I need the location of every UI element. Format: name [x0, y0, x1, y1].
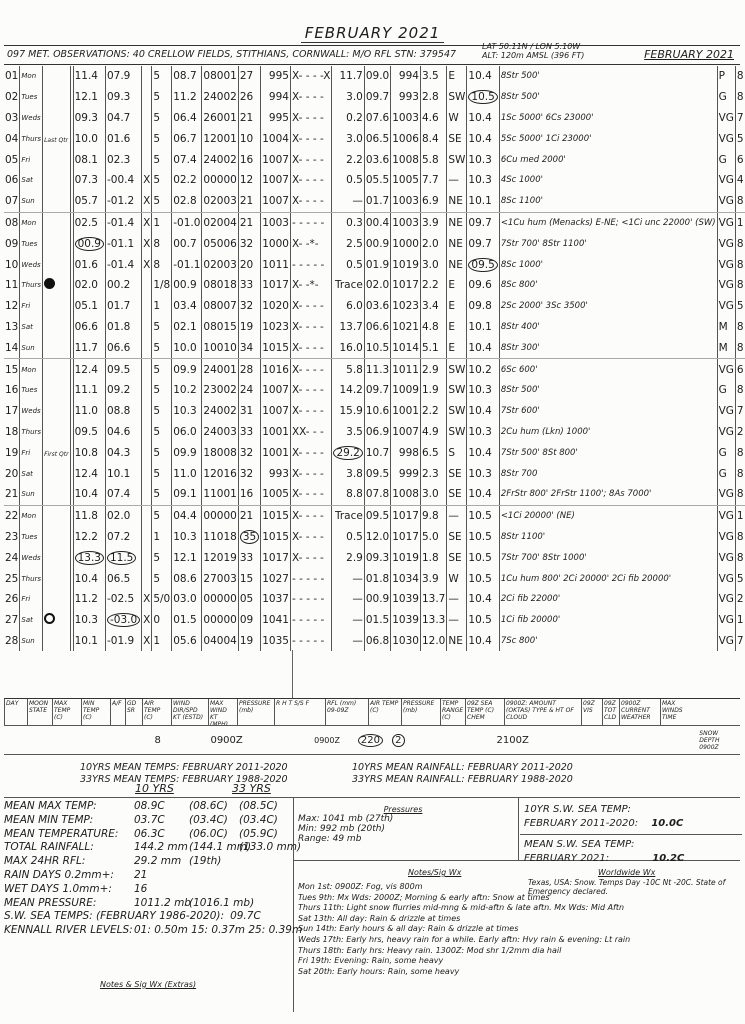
cell-min: 11.5: [105, 547, 141, 568]
cell-vis: M: [717, 337, 735, 358]
cell-wind: 02004: [202, 212, 238, 233]
cell-max: 11.7: [73, 337, 105, 358]
cell-wx: X- - - -: [290, 442, 332, 463]
cell-dir: —: [447, 505, 467, 526]
cell-p2: 1006: [391, 128, 421, 149]
cell-pres: 1003: [261, 212, 291, 233]
cell-max: 11.0: [73, 401, 105, 422]
cell-gs: 5: [152, 87, 172, 108]
cell-wind: 08015: [202, 317, 238, 338]
observations-table: 01Mon11.407.9508.70800127995X- - - -X11.…: [4, 66, 745, 651]
cell-p2: 994: [391, 66, 421, 87]
cell-min: 06.6: [105, 337, 141, 358]
cell-day: 23: [4, 527, 20, 548]
cell-rfl: 3.0: [332, 87, 364, 108]
cell-p2: 999: [391, 463, 421, 484]
footer-column-header: RFL (mm) 09-09Z: [325, 699, 368, 725]
cell-air: 03.4: [172, 296, 202, 317]
cell-dir: NE: [447, 254, 467, 275]
cell-pres: 1011: [261, 254, 291, 275]
cell-day: 13: [4, 317, 20, 338]
cell-wx: XX- - -: [290, 422, 332, 443]
cell-dir: E: [447, 66, 467, 87]
cell-wind: 08018: [202, 275, 238, 296]
cell-p2: 1011: [391, 359, 421, 380]
cell-air: 09.9: [172, 442, 202, 463]
cell-rfl: 2.9: [332, 547, 364, 568]
cell-at: 01.7: [364, 191, 390, 212]
table-row: 28Sun10.1-01.9X105.604004191035- - - - -…: [4, 631, 745, 652]
cell-tr: 2.2: [420, 275, 446, 296]
cell-min: 06.5: [105, 568, 141, 589]
min-time-marker: 8: [152, 735, 186, 746]
cell-af: [142, 547, 152, 568]
cell-at: 06.5: [364, 128, 390, 149]
cell-tr: 3.9: [420, 212, 446, 233]
cell-gs: 1/8: [152, 275, 172, 296]
cell-wx: X- - - -: [290, 191, 332, 212]
cell-gs: 5/0: [152, 589, 172, 610]
cell-cc: 8: [735, 233, 745, 254]
mean-sea-value: 10.2C: [652, 853, 684, 864]
cell-dir: NE: [447, 233, 467, 254]
cell-tr: 6.9: [420, 191, 446, 212]
summary-label: TOTAL RAINFALL:: [4, 841, 94, 853]
cell-gs: 1: [152, 527, 172, 548]
table-row: 18Thurs09.504.6506.024003331001XX- - -3.…: [4, 422, 745, 443]
cell-max: 10.1: [73, 631, 105, 652]
cell-tr: 4.6: [420, 108, 446, 129]
cell-vis: VG: [717, 191, 735, 212]
cell-cloud: 8Sc 800': [499, 275, 717, 296]
cell-min: 00.2: [105, 275, 141, 296]
cell-gs: 5: [152, 128, 172, 149]
cell-vis: VG: [717, 631, 735, 652]
cell-air: 11.2: [172, 87, 202, 108]
cell-p2: 1009: [391, 380, 421, 401]
cell-gs: 5: [152, 380, 172, 401]
cell-gust: 19: [238, 317, 260, 338]
station-name: 097 MET. OBSERVATIONS: 40 CRELLOW FIELDS…: [7, 46, 456, 64]
circled-value: 11.5: [107, 551, 136, 565]
cell-cloud: 8Str 500': [499, 87, 717, 108]
cell-wind: 24003: [202, 422, 238, 443]
cell-dow: Sun: [20, 484, 43, 505]
cell-dow: Tues: [20, 527, 43, 548]
cell-moon: [43, 275, 71, 296]
cell-air: 04.4: [172, 505, 202, 526]
cell-wind: 08007: [202, 296, 238, 317]
cell-air: 09.1: [172, 484, 202, 505]
cell-max: 11.2: [73, 589, 105, 610]
ten-yr-period: FEBRUARY 2011-2020:: [524, 818, 638, 829]
cell-min: 10.1: [105, 463, 141, 484]
pressure-min: Min: 992 mb (20th): [298, 824, 508, 834]
summary-value: 01: 0.50m 15: 0.37m 25: 0.39m: [134, 924, 302, 938]
cell-vis: VG: [717, 233, 735, 254]
cell-cloud: 7Str 700' 8Str 1100': [499, 233, 717, 254]
cell-tr: 4.8: [420, 317, 446, 338]
cell-af: [142, 296, 152, 317]
cell-dow: Tues: [20, 87, 43, 108]
cell-max: 02.5: [73, 212, 105, 233]
cell-cc: 6: [735, 359, 745, 380]
cell-pres: 1041: [261, 610, 291, 631]
cell-min: -03.0: [105, 610, 141, 631]
cell-sea: 10.4: [467, 128, 499, 149]
cell-cloud: 7Str 700' 8Str 1000': [499, 547, 717, 568]
table-row: 01Mon11.407.9508.70800127995X- - - -X11.…: [4, 66, 745, 87]
circled-value: 09.5: [468, 258, 497, 272]
cell-gs: 8: [152, 254, 172, 275]
cell-day: 05: [4, 149, 20, 170]
cell-sea: 10.5: [467, 87, 499, 108]
cell-dow: Sat: [20, 463, 43, 484]
cell-dir: S: [447, 442, 467, 463]
cell-cloud: 7Str 600': [499, 401, 717, 422]
cell-cloud: 2Sc 2000' 3Sc 3500': [499, 296, 717, 317]
cell-rfl: 0.3: [332, 212, 364, 233]
note-item: Sat 13th: All day: Rain & drizzle at tim…: [298, 914, 738, 925]
cell-min: -01.9: [105, 631, 141, 652]
cell-gs: 5: [152, 442, 172, 463]
cell-moon: [43, 527, 71, 548]
cell-vis: VG: [717, 547, 735, 568]
cell-vis: VG: [717, 505, 735, 526]
cell-dow: Sat: [20, 317, 43, 338]
cell-gust: 21: [238, 505, 260, 526]
cell-gust: 33: [238, 275, 260, 296]
cell-gs: 5: [152, 191, 172, 212]
notes-heading: Notes/Sig Wx: [408, 868, 461, 879]
cell-rfl: 11.7: [332, 66, 364, 87]
table-row: 06Sat07.3-00.4X502.200000121007X- - - -0…: [4, 170, 745, 191]
cell-p2: 1007: [391, 422, 421, 443]
cell-day: 12: [4, 296, 20, 317]
cell-day: 25: [4, 568, 20, 589]
cell-tr: 2.8: [420, 87, 446, 108]
cell-moon: [43, 547, 71, 568]
cell-day: 06: [4, 170, 20, 191]
footer-column-header: 09Z VIS: [581, 699, 602, 725]
footer-column-header: AIR TEMP (C): [142, 699, 171, 725]
cell-tr: 2.9: [420, 359, 446, 380]
cell-tr: 7.7: [420, 170, 446, 191]
cell-cloud: 8Str 500': [499, 380, 717, 401]
cell-p2: 1008: [391, 484, 421, 505]
cell-wind: 12001: [202, 128, 238, 149]
cell-vis: VG: [717, 401, 735, 422]
cell-min: 02.0: [105, 505, 141, 526]
cell-sea: 10.5: [467, 505, 499, 526]
cell-wind: 02003: [202, 254, 238, 275]
mean-rain-33: 33YRS MEAN RAINFALL: FEBRUARY 1988-2020: [352, 774, 573, 786]
cell-vis: G: [717, 149, 735, 170]
cell-sea: 10.4: [467, 442, 499, 463]
summary-value: 08.9C: [134, 800, 165, 814]
cell-dir: —: [447, 170, 467, 191]
cell-at: 09.3: [364, 547, 390, 568]
cell-pres: 1007: [261, 149, 291, 170]
cell-p2: 1005: [391, 170, 421, 191]
cell-wind: 12019: [202, 547, 238, 568]
cell-vis: VG: [717, 296, 735, 317]
table-row: 15Mon12.409.5509.924001281016X- - - -5.8…: [4, 359, 745, 380]
cell-pres: 995: [261, 66, 291, 87]
cell-p2: 1014: [391, 337, 421, 358]
cell-air: 02.8: [172, 191, 202, 212]
cell-wx: X- - - -: [290, 359, 332, 380]
summary-10yr: (1016.1 mb): [189, 897, 254, 911]
cell-gs: 5: [152, 568, 172, 589]
cell-moon: [43, 191, 71, 212]
cell-day: 17: [4, 401, 20, 422]
cell-p2: 1030: [391, 631, 421, 652]
cell-pres: 1007: [261, 401, 291, 422]
cell-air: 08.7: [172, 66, 202, 87]
cell-moon: [43, 484, 71, 505]
summary-value: 06.3C: [134, 828, 165, 842]
footer-column-header: AIR TEMP (C): [368, 699, 401, 725]
cell-at: 06.6: [364, 317, 390, 338]
cell-max: 12.4: [73, 359, 105, 380]
cell-at: 02.0: [364, 275, 390, 296]
cell-sea: 10.4: [467, 484, 499, 505]
cell-day: 22: [4, 505, 20, 526]
cell-day: 19: [4, 442, 20, 463]
cell-day: 10: [4, 254, 20, 275]
cell-moon: [43, 170, 71, 191]
cell-af: [142, 484, 152, 505]
cell-wx: X- -*-: [290, 233, 332, 254]
cell-rfl: —: [332, 610, 364, 631]
cell-wx: - - - - -: [290, 254, 332, 275]
cell-gust: 16: [238, 484, 260, 505]
cell-moon: [43, 589, 71, 610]
cell-cc: 8: [735, 442, 745, 463]
cell-cc: 5: [735, 568, 745, 589]
cell-rfl: —: [332, 568, 364, 589]
cell-tr: 12.0: [420, 631, 446, 652]
cell-cloud: 1Sc 5000' 6Cs 23000': [499, 108, 717, 129]
cell-max: 11.8: [73, 505, 105, 526]
cell-min: 01.6: [105, 128, 141, 149]
table-row: 22Mon11.802.0504.400000211015X- - - -Tra…: [4, 505, 745, 526]
cell-rfl: Trace: [332, 505, 364, 526]
cell-cc: 7: [735, 631, 745, 652]
cell-wind: 00000: [202, 589, 238, 610]
cell-vis: G: [717, 87, 735, 108]
cell-wx: - - - - -: [290, 610, 332, 631]
footer-column-header: PRESSURE (mb): [237, 699, 274, 725]
cell-rfl: 0.5: [332, 170, 364, 191]
cell-vis: VG: [717, 170, 735, 191]
cell-max: 10.4: [73, 568, 105, 589]
cell-af: [142, 463, 152, 484]
note-item: Tues 9th: Mx Wds: 2000Z; Morning & early…: [298, 893, 738, 904]
table-row: 20Sat12.410.1511.01201632993X- - - -3.80…: [4, 463, 745, 484]
summary-value: 21: [134, 869, 147, 883]
cell-af: [142, 149, 152, 170]
cell-at: 05.5: [364, 170, 390, 191]
cell-wx: X- - - -: [290, 108, 332, 129]
cell-moon: [43, 233, 71, 254]
cell-min: 09.3: [105, 87, 141, 108]
cell-sea: 10.4: [467, 337, 499, 358]
cell-tr: 1.8: [420, 547, 446, 568]
circled-value: -03.0: [107, 613, 140, 627]
table-row: 13Sat06.601.8502.108015191023X- - - -13.…: [4, 317, 745, 338]
cell-day: 14: [4, 337, 20, 358]
cell-wx: X- - - -: [290, 317, 332, 338]
cell-max: 13.3: [73, 547, 105, 568]
cell-pres: 1004: [261, 128, 291, 149]
cell-moon: [43, 296, 71, 317]
cell-sea: 10.1: [467, 317, 499, 338]
cell-min: -01.4: [105, 254, 141, 275]
mean-sea-period: FEBRUARY 2021:: [524, 853, 609, 864]
cell-moon: [43, 254, 71, 275]
cell-dir: SW: [447, 87, 467, 108]
extras-heading: Notes & Sig Wx (Extras): [100, 980, 196, 989]
cell-wind: 12016: [202, 463, 238, 484]
cell-dow: Mon: [20, 505, 43, 526]
note-item: Thurs 11th: Light snow flurries mid-mng …: [298, 903, 738, 914]
cell-cc: 8: [735, 275, 745, 296]
cell-dow: Weds: [20, 108, 43, 129]
cell-dir: —: [447, 610, 467, 631]
cell-dow: Mon: [20, 66, 43, 87]
cell-sea: 10.3: [467, 463, 499, 484]
summary-label: MAX 24HR RFL:: [4, 855, 85, 867]
evening-time: 2100Z: [477, 735, 549, 746]
cell-dir: SE: [447, 547, 467, 568]
cell-wx: X- - - -X: [290, 66, 332, 87]
mean-sea-label: MEAN S.W. SEA TEMP:: [524, 838, 738, 852]
cell-dow: Sun: [20, 631, 43, 652]
cell-p2: 1003: [391, 191, 421, 212]
summary-10yr: (06.0C): [189, 828, 228, 842]
cell-moon: [43, 505, 71, 526]
cell-dow: Weds: [20, 254, 43, 275]
cell-air: 10.3: [172, 401, 202, 422]
cell-cc: 8: [735, 337, 745, 358]
cell-gust: 20: [238, 254, 260, 275]
cell-at: 01.9: [364, 254, 390, 275]
cell-wind: 11001: [202, 484, 238, 505]
summary-label: KENNALL RIVER LEVELS:: [4, 924, 133, 936]
cell-vis: VG: [717, 128, 735, 149]
cell-vis: G: [717, 442, 735, 463]
cell-pres: 1015: [261, 527, 291, 548]
cell-gust: 31: [238, 401, 260, 422]
summary-33yr: (03.4C): [239, 814, 278, 828]
cell-day: 28: [4, 631, 20, 652]
cell-gust: 21: [238, 108, 260, 129]
cell-gs: 5: [152, 149, 172, 170]
cell-p2: 1017: [391, 527, 421, 548]
cell-day: 24: [4, 547, 20, 568]
cell-moon: [43, 87, 71, 108]
cell-af: X: [142, 191, 152, 212]
cell-p2: 1003: [391, 108, 421, 129]
cell-moon: [43, 337, 71, 358]
cell-max: 05.7: [73, 191, 105, 212]
cell-tr: 3.9: [420, 568, 446, 589]
cell-tr: 8.4: [420, 128, 446, 149]
cell-gs: 8: [152, 233, 172, 254]
cell-moon: [43, 212, 71, 233]
cell-sea: 10.4: [467, 631, 499, 652]
footer-column-header: 09Z TOT CLD: [602, 699, 619, 725]
cell-gust: 21: [238, 212, 260, 233]
cell-dir: SE: [447, 463, 467, 484]
summary-row: KENNALL RIVER LEVELS:01: 0.50m 15: 0.37m…: [4, 924, 294, 938]
cell-rfl: 6.0: [332, 296, 364, 317]
cell-tr: 4.9: [420, 422, 446, 443]
cell-pres: 1035: [261, 631, 291, 652]
cell-p2: 1008: [391, 149, 421, 170]
cell-cc: 8: [735, 484, 745, 505]
notes-list: Mon 1st: 0900Z: Fog, vis 800mTues 9th: M…: [298, 882, 738, 977]
cell-vis: G: [717, 380, 735, 401]
new-moon-icon: [44, 278, 55, 289]
rh-value: 220: [358, 734, 383, 747]
cell-cloud: 6Sc 600': [499, 359, 717, 380]
cell-tr: 1.9: [420, 380, 446, 401]
monthly-summary: MEAN MAX TEMP:08.9C(08.6C)(08.5C)MEAN MI…: [4, 800, 294, 938]
cell-min: -02.5: [105, 589, 141, 610]
cell-gust: 15: [238, 568, 260, 589]
summary-value: 09.7C: [230, 910, 261, 922]
cell-moon: [43, 631, 71, 652]
cell-tr: 3.0: [420, 484, 446, 505]
cell-pres: 1027: [261, 568, 291, 589]
cell-pres: 1020: [261, 296, 291, 317]
cell-rfl: 3.0: [332, 128, 364, 149]
cell-day: 20: [4, 463, 20, 484]
cell-wind: 24001: [202, 359, 238, 380]
summary-row: RAIN DAYS 0.2mm+:21: [4, 869, 294, 883]
cell-rfl: 13.7: [332, 317, 364, 338]
cell-wx: - - - - -: [290, 212, 332, 233]
cell-sea: 10.1: [467, 191, 499, 212]
cell-min: -00.4: [105, 170, 141, 191]
cell-rfl: 29.2: [332, 442, 364, 463]
cell-af: X: [142, 233, 152, 254]
cell-dir: NE: [447, 631, 467, 652]
cell-vis: VG: [717, 254, 735, 275]
cell-vis: VG: [717, 359, 735, 380]
cell-af: [142, 505, 152, 526]
footer-column-header: WIND DIR/SPD KT (ESTD): [171, 699, 208, 725]
footer-column-header: 0900Z: AMOUNT (OKTAS) TYPE & HT OF CLOUD: [504, 699, 581, 725]
cell-dow: Sat: [20, 170, 43, 191]
cell-gs: 0: [152, 610, 172, 631]
cell-pres: 1007: [261, 380, 291, 401]
cell-dir: NE: [447, 191, 467, 212]
station-location: LAT 50.11N / LON 5.10WALT: 120m AMSL (39…: [482, 42, 584, 60]
footer-column-header: PRESSURE (mb): [401, 699, 440, 725]
cell-gs: 5: [152, 170, 172, 191]
cell-air: 10.2: [172, 380, 202, 401]
cell-day: 09: [4, 233, 20, 254]
cell-dir: W: [447, 568, 467, 589]
cell-dow: Fri: [20, 442, 43, 463]
cell-at: 10.6: [364, 401, 390, 422]
mean-sea-temp: MEAN S.W. SEA TEMP: FEBRUARY 2021: 10.2C: [520, 835, 742, 869]
cell-af: X: [142, 631, 152, 652]
